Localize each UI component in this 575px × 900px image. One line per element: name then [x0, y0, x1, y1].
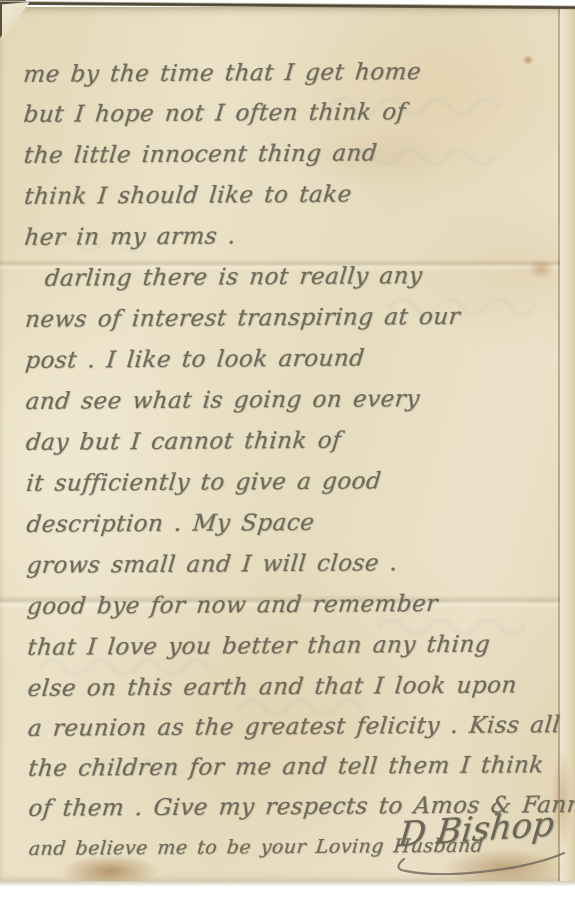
letter-line: me by the time that I get home	[21, 51, 565, 95]
letter-line: but I hope not I often think of	[22, 91, 566, 135]
letter-line: darling there is not really any	[43, 255, 575, 299]
scanner-backing	[0, 881, 575, 900]
letter-line: grows small and I will close .	[25, 542, 569, 586]
signature-flourish	[390, 849, 570, 875]
letter-page: me by the time that I get home but I hop…	[0, 7, 575, 881]
letter-line: it sufficiently to give a good	[24, 460, 568, 504]
letter-line: and see what is going on every	[24, 378, 568, 422]
letter-line: description . My Space	[25, 501, 569, 545]
letter-line: day but I cannot think of	[24, 419, 568, 463]
handwriting-block: me by the time that I get home but I hop…	[0, 5, 575, 883]
letter-line: the children for me and tell them I thin…	[26, 745, 570, 789]
letter-line: else on this earth and that I look upon	[26, 665, 570, 709]
letter-line: a reunion as the greatest felicity . Kis…	[26, 705, 570, 749]
scan-background: me by the time that I get home but I hop…	[0, 0, 575, 900]
letter-line: good bye for now and remember	[25, 583, 569, 627]
letter-line: the little innocent thing and	[22, 132, 566, 176]
letter-line: think I should like to take	[22, 173, 566, 217]
letter-line: post . I like to look around	[23, 337, 567, 381]
letter-line: news of interest transpiring at our	[23, 296, 567, 340]
letter-line: that I love you better than any thing	[25, 624, 569, 668]
letter-line: her in my arms .	[23, 214, 567, 258]
